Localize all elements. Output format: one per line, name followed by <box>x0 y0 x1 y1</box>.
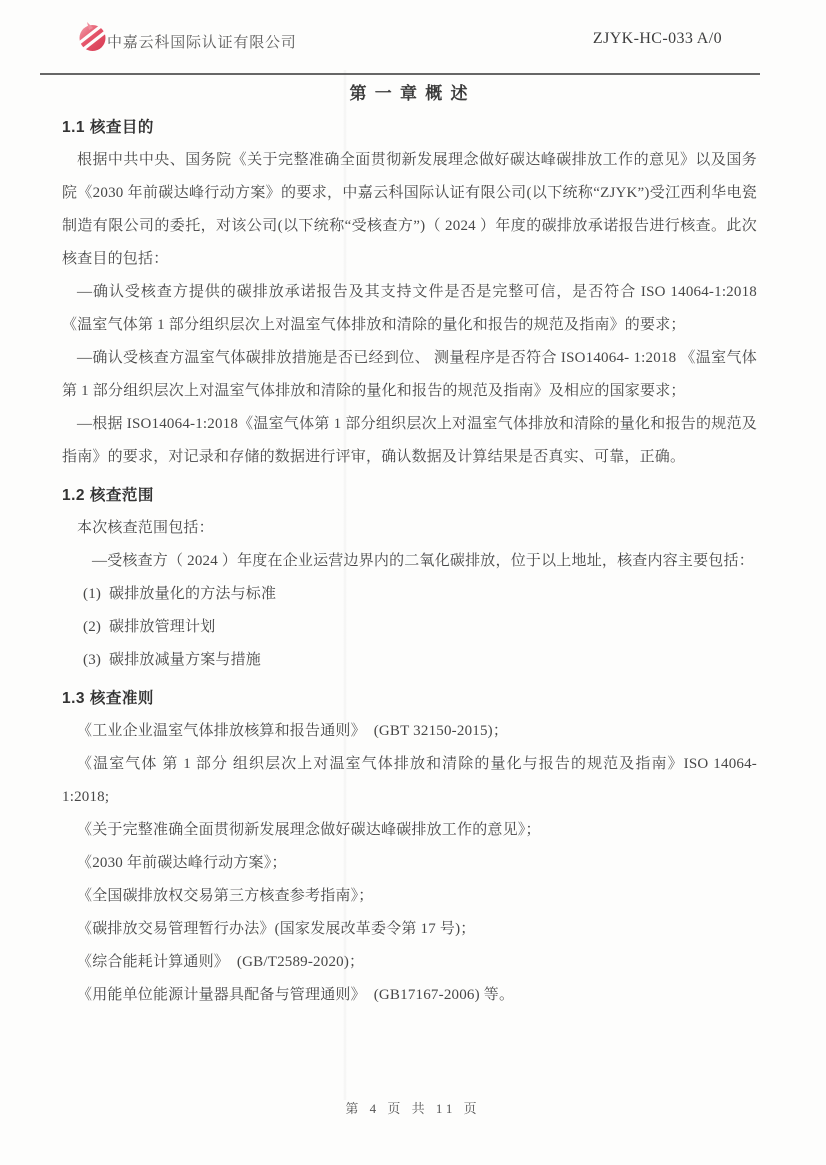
paragraph: —根据 ISO14064-1:2018《温室气体第 1 部分组织层次上对温室气体… <box>62 408 757 474</box>
document-page: 中嘉云科国际认证有限公司 ZJYK-HC-033 A/0 第 一 章 概 述 1… <box>0 0 826 1165</box>
list-item: (2) 碳排放管理计划 <box>62 611 757 644</box>
criterion-item: 《碳排放交易管理暂行办法》(国家发展改革委令第 17 号)； <box>62 913 757 946</box>
list-item: (1) 碳排放量化的方法与标准 <box>62 578 757 611</box>
list-item: (3) 碳排放减量方案与措施 <box>62 644 757 677</box>
criterion-item: 《关于完整准确全面贯彻新发展理念做好碳达峰碳排放工作的意见》； <box>62 814 757 847</box>
paragraph: —受核查方（ 2024 ）年度在企业运营边界内的二氧化碳排放，位于以上地址，核查… <box>62 545 757 578</box>
company-name: 中嘉云科国际认证有限公司 <box>107 31 297 52</box>
chapter-title: 第 一 章 概 述 <box>62 82 757 106</box>
page-header: 中嘉云科国际认证有限公司 ZJYK-HC-033 A/0 <box>0 0 826 76</box>
criterion-item: 《全国碳排放权交易第三方核查参考指南》； <box>62 880 757 913</box>
page-number: 第 4 页 共 11 页 <box>345 1101 480 1116</box>
section-heading-1-3: 1.3 核查准则 <box>62 686 757 712</box>
page-footer: 第 4 页 共 11 页 <box>0 1098 826 1117</box>
criterion-item: 《2030 年前碳达峰行动方案》； <box>62 847 757 880</box>
criterion-item: 《工业企业温室气体排放核算和报告通则》 (GBT 32150-2015)； <box>62 715 757 748</box>
company-logo-icon <box>77 20 108 54</box>
header-divider <box>40 73 760 75</box>
paragraph: —确认受核查方温室气体碳排放措施是否已经到位、 测量程序是否符合 ISO1406… <box>62 342 757 408</box>
document-body: 第 一 章 概 述 1.1 核查目的 根据中共中央、国务院《关于完整准确全面贯彻… <box>62 82 757 1012</box>
paragraph: 根据中共中央、国务院《关于完整准确全面贯彻新发展理念做好碳达峰碳排放工作的意见》… <box>62 144 757 276</box>
paragraph: —确认受核查方提供的碳排放承诺报告及其支持文件是否是完整可信，是否符合 ISO … <box>62 276 757 342</box>
section-heading-1-1: 1.1 核查目的 <box>62 115 757 141</box>
criterion-item: 《温室气体 第 1 部分 组织层次上对温室气体排放和清除的量化与报告的规范及指南… <box>62 748 757 814</box>
section-heading-1-2: 1.2 核查范围 <box>62 483 757 509</box>
criterion-item: 《综合能耗计算通则》 (GB/T2589-2020)； <box>62 946 757 979</box>
criterion-item: 《用能单位能源计量器具配备与管理通则》 (GB17167-2006) 等。 <box>62 979 757 1012</box>
paragraph: 本次核查范围包括： <box>62 512 757 545</box>
document-code: ZJYK-HC-033 A/0 <box>593 30 722 48</box>
